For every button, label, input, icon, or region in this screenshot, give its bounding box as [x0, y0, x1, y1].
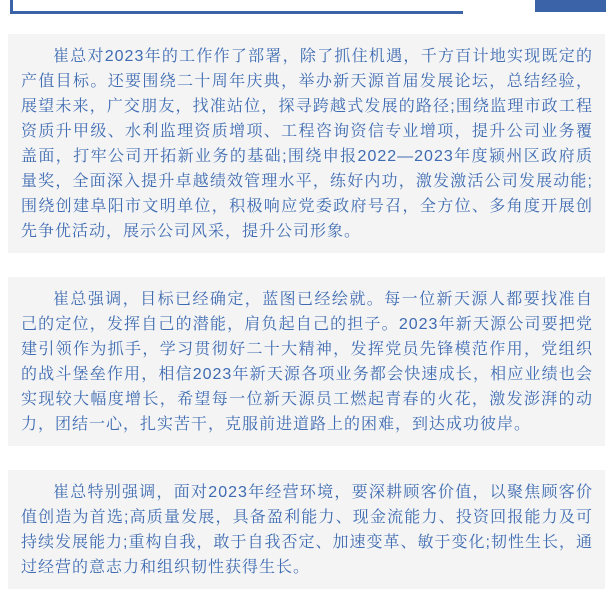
- top-left-corner-accent-line: [10, 0, 463, 14]
- article-paragraph-3: 崔总特别强调，面对2023年经营环境，要深耕顾客价值，以聚焦顾客价值创造为首选;…: [21, 480, 593, 580]
- paragraph-card-2: 崔总强调，目标已经确定，蓝图已经绘就。每一位新天源人都要找准自己的定位，发挥自己…: [8, 277, 605, 446]
- top-right-accent-bar: [535, 0, 606, 12]
- article-paragraph-2: 崔总强调，目标已经确定，蓝图已经绘就。每一位新天源人都要找准自己的定位，发挥自己…: [21, 287, 593, 437]
- article-page: 崔总对2023年的工作作了部署，除了抓住机遇，千方百计地实现既定的产值目标。还要…: [0, 0, 613, 595]
- paragraph-card-3: 崔总特别强调，面对2023年经营环境，要深耕顾客价值，以聚焦顾客价值创造为首选;…: [8, 470, 605, 589]
- article-paragraph-1: 崔总对2023年的工作作了部署，除了抓住机遇，千方百计地实现既定的产值目标。还要…: [21, 44, 593, 244]
- paragraph-card-1: 崔总对2023年的工作作了部署，除了抓住机遇，千方百计地实现既定的产值目标。还要…: [8, 34, 605, 253]
- article-body: 崔总对2023年的工作作了部署，除了抓住机遇，千方百计地实现既定的产值目标。还要…: [8, 34, 605, 589]
